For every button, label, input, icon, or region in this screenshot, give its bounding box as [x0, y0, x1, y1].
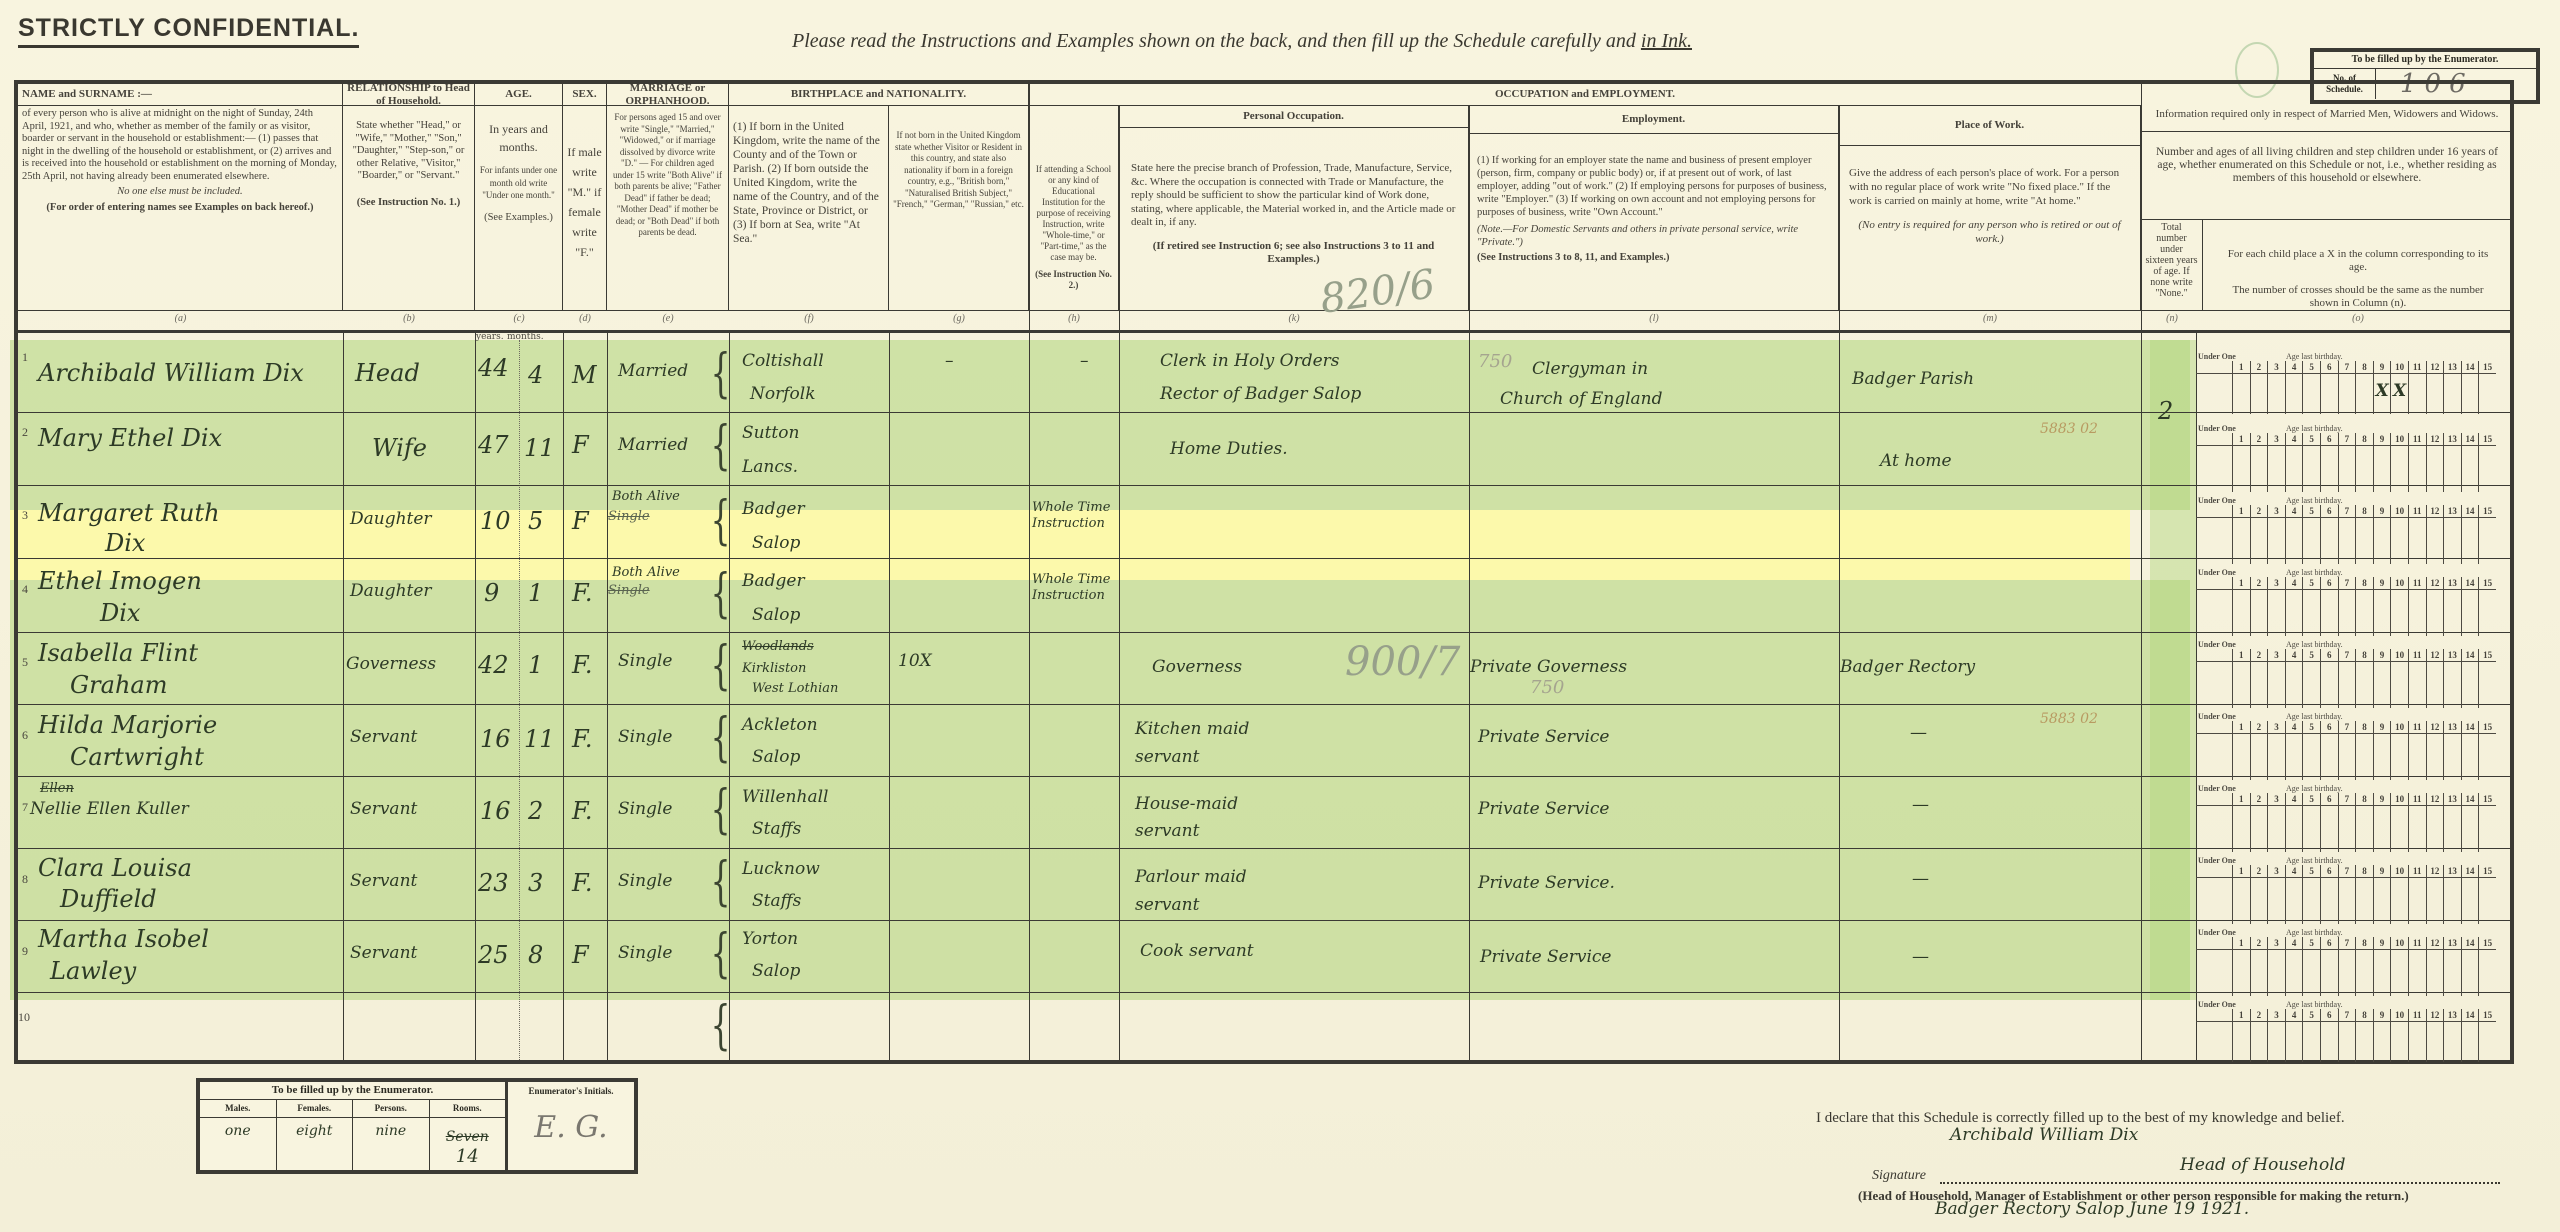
age-col: 6	[2320, 865, 2338, 877]
age-cell	[2408, 950, 2426, 996]
person-name: Clara Louisa	[38, 855, 192, 881]
age-cell	[2426, 518, 2444, 564]
birthplace-town: Badger	[742, 500, 805, 519]
age-col: 5	[2302, 1009, 2320, 1021]
age-col: 7	[2338, 721, 2356, 733]
header-marriage: MARRIAGE or ORPHANHOOD.	[607, 84, 729, 106]
child-age-grid: Under OneAge last birthday.1234567891011…	[2196, 928, 2496, 996]
person-surname: Dix	[105, 530, 145, 556]
age-cell	[2320, 518, 2338, 564]
age-cell	[2478, 734, 2496, 780]
age-cell	[2285, 734, 2303, 780]
age-cell	[2478, 518, 2496, 564]
age-cell	[2443, 374, 2461, 414]
signature-role: Head of Household	[2180, 1156, 2346, 1175]
header-sex: SEX.	[563, 84, 607, 106]
age-col: 6	[2320, 721, 2338, 733]
age-col: 13	[2443, 361, 2461, 373]
age-col: 11	[2408, 361, 2426, 373]
age-col: 5	[2302, 721, 2320, 733]
age-cell	[2373, 662, 2391, 708]
count-rooms: Seven 14	[430, 1118, 506, 1170]
relationship: Servant	[350, 872, 417, 891]
person-name: Isabella Flint	[38, 640, 198, 666]
person-name: Hilda Marjorie	[38, 712, 217, 738]
marital-status: Single	[618, 728, 672, 747]
child-age-grid: Under OneAge last birthday.1234567891011…	[2196, 784, 2496, 852]
age-cell	[2267, 662, 2285, 708]
rule-letters-top	[18, 310, 2514, 311]
age-col: 15	[2478, 865, 2496, 877]
age-cell	[2267, 446, 2285, 492]
age-col: 2	[2250, 577, 2268, 589]
age-years: 44	[478, 355, 509, 381]
age-cell	[2232, 662, 2250, 708]
age-col: 9	[2373, 937, 2391, 949]
person-name: Mary Ethel Dix	[38, 425, 222, 451]
col-letter-e: (e)	[607, 313, 729, 324]
age-col: 5	[2302, 793, 2320, 805]
age-col: 1	[2232, 937, 2250, 949]
age-cell	[2338, 518, 2356, 564]
age-cell	[2373, 806, 2391, 852]
age-col: 14	[2461, 865, 2479, 877]
age-cell	[2426, 374, 2444, 414]
age-col: 9	[2373, 577, 2391, 589]
age-col: 10	[2390, 721, 2408, 733]
grid-under-one: Under One	[2198, 928, 2236, 937]
age-cell	[2373, 518, 2391, 564]
school-attendance: –	[1080, 352, 1089, 371]
age-col: 12	[2426, 505, 2444, 517]
age-cell	[2320, 878, 2338, 924]
sex: F.	[572, 726, 593, 752]
age-months: 2	[528, 798, 543, 824]
age-cell	[2390, 878, 2408, 924]
count-females: eight	[277, 1118, 354, 1170]
age-col: 11	[2408, 721, 2426, 733]
age-cell	[2250, 1022, 2268, 1062]
label-rooms: Rooms.	[430, 1100, 506, 1117]
age-col: 1	[2232, 1009, 2250, 1021]
occupation-ref: (If retired see Instruction 6; see also …	[1131, 240, 1456, 267]
birthplace-county: Staffs	[752, 820, 801, 839]
age-cell	[2408, 878, 2426, 924]
school-attendance: Whole Time Instruction	[1032, 500, 1120, 532]
age-col: 8	[2355, 937, 2373, 949]
address-date: Badger Rectory Salop June 19 1921.	[1935, 1200, 2249, 1219]
place-of-work: —	[1912, 796, 1929, 815]
age-cell	[2267, 1022, 2285, 1062]
age-cell	[2338, 662, 2356, 708]
col-letter-b: (b)	[343, 313, 475, 324]
marital-status: Married	[618, 362, 688, 381]
birthplace-county: Salop	[752, 534, 800, 553]
age-cell	[2478, 446, 2496, 492]
age-col: 4	[2285, 793, 2303, 805]
count-males: one	[200, 1118, 277, 1170]
employment-detail: Church of England	[1500, 390, 1662, 409]
age-cell	[2390, 1022, 2408, 1062]
rule-col-c	[475, 330, 476, 1064]
age-cell	[2408, 1022, 2426, 1062]
rule-col-b	[343, 330, 344, 1064]
child-age-grid: Under OneAge last birthday.1234567891011…	[2196, 496, 2496, 564]
child-age-grid: Under OneAge last birthday.1234567891011…	[2196, 424, 2496, 492]
row-number: 4	[22, 582, 28, 597]
age-col: 2	[2250, 649, 2268, 661]
age-cell	[2443, 734, 2461, 780]
age-cell	[2461, 950, 2479, 996]
age-cell	[2408, 662, 2426, 708]
grid-age-label: Age last birthday.	[2286, 1000, 2343, 1009]
place-code: 5883 02	[2040, 712, 2098, 727]
age-col: 10	[2390, 865, 2408, 877]
age-cell	[2302, 374, 2320, 414]
age-col: 3	[2267, 505, 2285, 517]
age-cell	[2355, 446, 2373, 492]
rule-col-d	[563, 330, 564, 1064]
age-col: 8	[2355, 577, 2373, 589]
age-cell	[2355, 734, 2373, 780]
age-cell	[2408, 806, 2426, 852]
age-cell	[2285, 950, 2303, 996]
birthplace-county: Salop	[752, 748, 800, 767]
header-marriage-instructions: For persons aged 15 and over write "Sing…	[607, 106, 729, 310]
age-sub-years: years.	[476, 333, 504, 343]
row-number: 3	[22, 508, 28, 523]
age-cell	[2390, 590, 2408, 636]
rule-age-split	[519, 340, 520, 1060]
birthplace-town: Ackleton	[742, 716, 818, 735]
grid-under-one: Under One	[2198, 856, 2236, 865]
age-ref: (See Examples.)	[479, 212, 558, 225]
employment: Private Governess	[1470, 658, 1627, 677]
place-of-work: —	[1912, 948, 1929, 967]
age-cell	[2373, 950, 2391, 996]
age-col: 4	[2285, 577, 2303, 589]
employment: Private Service	[1480, 948, 1612, 967]
age-cell	[2232, 518, 2250, 564]
age-col: 3	[2267, 577, 2285, 589]
age-col: 13	[2443, 721, 2461, 733]
brace-icon: {	[711, 420, 731, 472]
marital-status-struck: Single	[608, 510, 650, 524]
sex: F	[572, 432, 589, 458]
age-cell	[2426, 806, 2444, 852]
age-cell	[2320, 374, 2338, 414]
age-cell	[2267, 590, 2285, 636]
age-col: 14	[2461, 505, 2479, 517]
birthplace-county: Salop	[752, 606, 800, 625]
person-name: Archibald William Dix	[38, 360, 304, 386]
age-col: 5	[2302, 937, 2320, 949]
employment-note: (Note.—For Domestic Servants and others …	[1477, 223, 1830, 249]
age-col: 4	[2285, 1009, 2303, 1021]
age-cell	[2338, 734, 2356, 780]
age-cell	[2232, 1022, 2250, 1062]
age-col: 8	[2355, 505, 2373, 517]
enumerator-initials: E. G.	[508, 1100, 634, 1170]
age-cell	[2267, 518, 2285, 564]
rule-col-e	[607, 330, 608, 1064]
header-cross-instructions: For each child place a X in the column c…	[2203, 220, 2513, 310]
age-cell	[2408, 446, 2426, 492]
age-col: 5	[2302, 649, 2320, 661]
age-cell	[2338, 1022, 2356, 1062]
age-col: 5	[2302, 577, 2320, 589]
header-employment-instructions: (1) If working for an employer state the…	[1469, 134, 1839, 310]
age-col: 6	[2320, 937, 2338, 949]
age-cell	[2250, 590, 2268, 636]
place-of-work: —	[1912, 870, 1929, 889]
header-children-body: Number and ages of all living children a…	[2141, 132, 2513, 220]
age-cell	[2232, 590, 2250, 636]
age-col: 1	[2232, 433, 2250, 445]
grid-age-label: Age last birthday.	[2286, 496, 2343, 505]
age-col: 7	[2338, 505, 2356, 517]
age-cell	[2461, 446, 2479, 492]
age-col: 6	[2320, 577, 2338, 589]
age-col: 11	[2408, 577, 2426, 589]
age-cell	[2320, 806, 2338, 852]
age-col: 3	[2267, 793, 2285, 805]
grid-under-one: Under One	[2198, 496, 2236, 505]
age-years: 16	[480, 798, 511, 824]
age-col: 14	[2461, 1009, 2479, 1021]
age-col: 7	[2338, 865, 2356, 877]
age-cell	[2302, 590, 2320, 636]
marital-status: Both Alive	[612, 490, 680, 504]
age-cell	[2267, 878, 2285, 924]
header-school: If attending a School or any kind of Edu…	[1029, 106, 1119, 310]
relationship-body: State whether "Head," or "Wife," "Mother…	[347, 120, 470, 183]
header-age: AGE.	[475, 84, 563, 106]
relationship-ref: (See Instruction No. 1.)	[347, 197, 470, 210]
grid-age-label: Age last birthday.	[2286, 784, 2343, 793]
age-months: 3	[528, 870, 543, 896]
rule-body-top	[18, 330, 2514, 333]
header-age-instructions: In years and months. For infants under o…	[475, 106, 563, 310]
birthplace-town: Lucknow	[742, 860, 820, 879]
occupation-detail: servant	[1135, 822, 1199, 841]
rule-row-4	[18, 632, 2514, 633]
age-col: 10	[2390, 937, 2408, 949]
age-col: 6	[2320, 649, 2338, 661]
marital-status: Both Alive	[612, 566, 680, 580]
age-years: 42	[478, 652, 509, 678]
age-col: 13	[2443, 1009, 2461, 1021]
birthplace-town: Sutton	[742, 424, 799, 443]
occupation: Home Duties.	[1170, 440, 1288, 459]
age-col: 3	[2267, 433, 2285, 445]
age-col: 1	[2232, 649, 2250, 661]
age-cell	[2267, 806, 2285, 852]
brace-icon: {	[711, 640, 731, 692]
age-cell	[2478, 590, 2496, 636]
place-code: 5883 02	[2040, 422, 2098, 437]
place-of-work-note: (No entry is required for any person who…	[1849, 218, 2130, 246]
header-total-children: Total number under sixteen years of age.…	[2141, 220, 2203, 310]
col-letter-h: (h)	[1029, 313, 1119, 324]
age-col: 1	[2232, 361, 2250, 373]
age-col: 12	[2426, 1009, 2444, 1021]
rule-row-9	[18, 992, 2514, 993]
col-letter-g: (g)	[889, 313, 1029, 324]
age-col: 13	[2443, 577, 2461, 589]
grid-under-one: Under One	[2198, 352, 2236, 361]
age-cell	[2302, 734, 2320, 780]
grid-under-one: Under One	[2198, 712, 2236, 721]
age-col: 9	[2373, 433, 2391, 445]
relationship: Head	[355, 360, 420, 386]
age-cell	[2267, 734, 2285, 780]
age-cell	[2302, 518, 2320, 564]
age-cell	[2302, 806, 2320, 852]
age-col: 2	[2250, 793, 2268, 805]
header-sex-instructions: If male write "M." if female write "F."	[563, 106, 607, 310]
age-cell	[2338, 374, 2356, 414]
age-cell	[2443, 518, 2461, 564]
age-cell	[2461, 662, 2479, 708]
age-months: 11	[524, 435, 555, 461]
sex: F.	[572, 652, 593, 678]
grid-under-one: Under One	[2198, 568, 2236, 577]
age-cell	[2461, 518, 2479, 564]
occupation: Clerk in Holy Orders	[1160, 352, 1340, 371]
age-col: 11	[2408, 865, 2426, 877]
birthplace-county: Norfolk	[750, 385, 816, 404]
child-age-grid: Under OneAge last birthday.1234567891011…	[2196, 712, 2496, 780]
age-col: 4	[2285, 865, 2303, 877]
age-cell	[2250, 446, 2268, 492]
occupation-detail: servant	[1135, 748, 1199, 767]
age-col: 7	[2338, 649, 2356, 661]
age-years: 23	[478, 870, 509, 896]
header-birthplace-uk: (1) If born in the United Kingdom, write…	[729, 106, 889, 310]
col-letter-a: (a)	[18, 313, 343, 324]
rule-col-n	[2141, 80, 2142, 1064]
age-months: 4	[528, 362, 543, 388]
occupation: Kitchen maid	[1135, 720, 1249, 739]
row-number: 5	[22, 655, 28, 670]
col-letter-c: (c)	[475, 313, 563, 324]
rule-row-3	[18, 558, 2514, 559]
age-cell	[2302, 446, 2320, 492]
grid-under-one: Under One	[2198, 424, 2236, 433]
age-cell	[2338, 590, 2356, 636]
occupation-body: State here the precise branch of Profess…	[1131, 162, 1456, 230]
name-instructions-body: of every person who is alive at midnight…	[22, 108, 338, 183]
age-cell	[2478, 806, 2496, 852]
grid-under-one: Under One	[2198, 784, 2236, 793]
age-col: 13	[2443, 505, 2461, 517]
age-col: 9	[2373, 361, 2391, 373]
nationality: –	[945, 352, 954, 371]
child-age-grid: Under OneAge last birthday.1234567891011…	[2196, 568, 2496, 636]
age-col: 14	[2461, 361, 2479, 373]
cross-text: For each child place a X in the column c…	[2223, 248, 2493, 274]
header-name-instructions: of every person who is alive at midnight…	[18, 106, 343, 310]
age-col: 5	[2302, 505, 2320, 517]
age-cell	[2355, 1022, 2373, 1062]
person-surname: Cartwright	[70, 744, 204, 770]
employment-ref: (See Instructions 3 to 8, 11, and Exampl…	[1477, 251, 1830, 264]
age-cell	[2355, 662, 2373, 708]
age-col: 7	[2338, 577, 2356, 589]
birthplace-county: West Lothian	[752, 682, 838, 696]
age-cell	[2302, 950, 2320, 996]
age-cell	[2320, 1022, 2338, 1062]
age-cell	[2478, 662, 2496, 708]
grid-age-label: Age last birthday.	[2286, 928, 2343, 937]
age-cell-9-cross: X	[2373, 374, 2391, 414]
age-cell	[2232, 806, 2250, 852]
birthplace-town: Willenhall	[742, 788, 828, 807]
age-col: 4	[2285, 505, 2303, 517]
grid-age-label: Age last birthday.	[2286, 640, 2343, 649]
age-col: 6	[2320, 505, 2338, 517]
age-cell	[2478, 1022, 2496, 1062]
child-age-grid: Under OneAge last birthday. 123456789101…	[2196, 352, 2496, 414]
age-cell	[2302, 662, 2320, 708]
age-col: 15	[2478, 433, 2496, 445]
age-cell	[2461, 374, 2479, 414]
age-col: 8	[2355, 793, 2373, 805]
age-months: 11	[524, 726, 555, 752]
occupation: Parlour maid	[1135, 868, 1247, 887]
place-of-work: At home	[1880, 452, 1952, 471]
rule-row-1	[18, 412, 2514, 413]
age-cell	[2302, 1022, 2320, 1062]
age-col: 15	[2478, 577, 2496, 589]
age-cell	[2355, 518, 2373, 564]
grid-age-label: Age last birthday.	[2286, 712, 2343, 721]
age-col: 12	[2426, 649, 2444, 661]
birthplace-county: Salop	[752, 962, 800, 981]
total-children: 2	[2158, 398, 2173, 424]
age-col: 2	[2250, 721, 2268, 733]
age-cell	[2250, 878, 2268, 924]
age-cell	[2461, 734, 2479, 780]
birthplace-town: Badger	[742, 572, 805, 591]
age-col: 8	[2355, 649, 2373, 661]
nationality: 10X	[898, 652, 932, 671]
pencil-code: 750	[1530, 678, 1564, 698]
age-years: 47	[478, 432, 509, 458]
age-cell	[2355, 878, 2373, 924]
age-cell	[2285, 878, 2303, 924]
row-number: 8	[22, 872, 28, 887]
age-col: 7	[2338, 937, 2356, 949]
age-cell	[2320, 446, 2338, 492]
header-relationship-instructions: State whether "Head," or "Wife," "Mother…	[343, 106, 475, 310]
age-cell	[2461, 1022, 2479, 1062]
age-cell	[2250, 662, 2268, 708]
age-cell	[2267, 374, 2285, 414]
census-schedule-page: STRICTLY CONFIDENTIAL. Please read the I…	[0, 0, 2560, 1232]
employment: Private Service	[1478, 728, 1610, 747]
age-col: 1	[2232, 865, 2250, 877]
grid-age-label: Age last birthday.	[2286, 856, 2343, 865]
row-number: 9	[22, 944, 28, 959]
age-cell	[2443, 446, 2461, 492]
age-cell	[2443, 590, 2461, 636]
confidential-heading: STRICTLY CONFIDENTIAL.	[18, 14, 359, 48]
age-col: 4	[2285, 649, 2303, 661]
age-col: 12	[2426, 721, 2444, 733]
person-name-struck: Ellen	[40, 782, 74, 796]
